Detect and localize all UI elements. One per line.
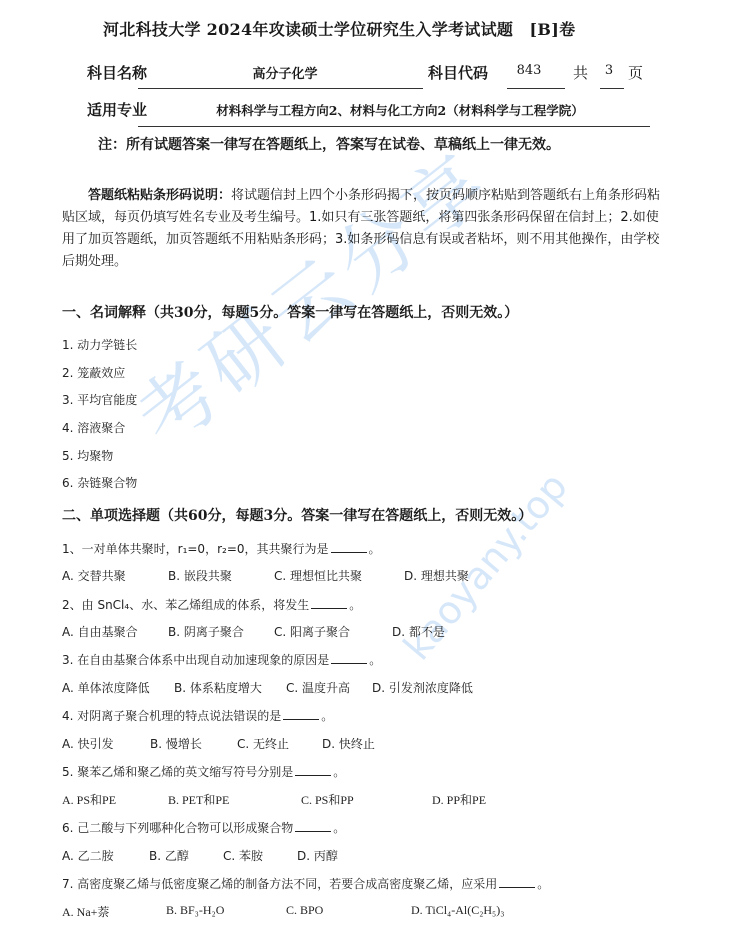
pages-prefix: 共 xyxy=(573,62,588,83)
option-c: C. PS和PP xyxy=(301,791,354,808)
option-d: D. 理想共聚 xyxy=(404,567,469,584)
exam-title: 河北科技大学 2024年攻读硕士学位研究生入学考试试题 [B]卷 xyxy=(103,17,575,40)
question-4: 4. 对阴离子聚合机理的特点说法错误的是。 xyxy=(62,707,333,724)
question-end: 。 xyxy=(369,653,381,667)
subject-code-label: 科目代码 xyxy=(428,62,488,83)
term-item: 4. 溶液聚合 xyxy=(62,419,125,436)
option-b: B. 阴离子聚合 xyxy=(168,623,244,640)
option-a: A. 单体浓度降低 xyxy=(62,679,150,696)
subject-code-underline xyxy=(507,88,565,89)
answer-blank xyxy=(295,765,331,776)
section2-title: 二、单项选择题（共60分，每题3分。答案一律写在答题纸上，否则无效。） xyxy=(62,505,532,525)
answer-blank xyxy=(331,653,367,664)
question-stem: 4. 对阴离子聚合机理的特点说法错误的是 xyxy=(62,709,281,723)
option-c: C. 阳离子聚合 xyxy=(274,623,350,640)
option-d: D. TiCl₄-Al(C₂H₅)₃ xyxy=(411,903,504,918)
option-d: D. PP和PE xyxy=(432,791,486,808)
watermark-cn: 考研云分享 xyxy=(110,121,510,468)
option-d: D. 都不是 xyxy=(392,623,445,640)
option-a: A. 乙二胺 xyxy=(62,847,114,864)
term-item: 6. 杂链聚合物 xyxy=(62,474,137,491)
option-a: A. 快引发 xyxy=(62,735,114,752)
section1-title: 一、名词解释（共30分，每题5分。答案一律写在答题纸上，否则无效。） xyxy=(62,302,518,322)
option-a: A. Na+萘 xyxy=(62,903,109,920)
question-2: 2、由 SnCl₄、水、苯乙烯组成的体系，将发生。 xyxy=(62,596,361,613)
subject-code: 843 xyxy=(507,63,551,78)
option-d: D. 丙醇 xyxy=(297,847,338,864)
option-d: D. 引发剂浓度降低 xyxy=(372,679,473,696)
question-stem: 6. 己二酸与下列哪种化合物可以形成聚合物 xyxy=(62,821,293,835)
question-end: 。 xyxy=(369,542,381,556)
question-3: 3. 在自由基聚合体系中出现自动加速现象的原因是。 xyxy=(62,651,381,668)
subject-name: 高分子化学 xyxy=(150,63,420,82)
option-b: B. 嵌段共聚 xyxy=(168,567,232,584)
term-item: 3. 平均官能度 xyxy=(62,391,137,408)
question-stem: 1、一对单体共聚时，r₁=0，r₂=0，其共聚行为是 xyxy=(62,542,329,556)
term-item: 2. 笼蔽效应 xyxy=(62,364,125,381)
option-c: C. 苯胺 xyxy=(223,847,263,864)
option-a: A. 交替共聚 xyxy=(62,567,126,584)
major-label: 适用专业 xyxy=(87,99,147,120)
page-count-underline xyxy=(600,88,624,89)
question-stem: 7. 高密度聚乙烯与低密度聚乙烯的制备方法不同，若要合成高密度聚乙烯，应采用 xyxy=(62,877,497,891)
option-b: B. PET和PE xyxy=(168,791,229,808)
question-1: 1、一对单体共聚时，r₁=0，r₂=0，其共聚行为是。 xyxy=(62,540,381,557)
barcode-instructions-heading: 答题纸粘贴条形码说明： xyxy=(88,188,231,203)
question-end: 。 xyxy=(349,598,361,612)
question-stem: 2、由 SnCl₄、水、苯乙烯组成的体系，将发生 xyxy=(62,598,309,612)
answer-blank xyxy=(283,709,319,720)
answer-note: 注：所有试题答案一律写在答题纸上，答案写在试卷、草稿纸上一律无效。 xyxy=(98,134,560,154)
option-a: A. 自由基聚合 xyxy=(62,623,138,640)
question-7: 7. 高密度聚乙烯与低密度聚乙烯的制备方法不同，若要合成高密度聚乙烯，应采用。 xyxy=(62,875,549,892)
option-d: D. 快终止 xyxy=(322,735,375,752)
major: 材料科学与工程方向2、材料与化工方向2（材料科学与工程学院） xyxy=(150,101,650,119)
question-end: 。 xyxy=(333,765,345,779)
option-b: B. 体系粘度增大 xyxy=(174,679,262,696)
answer-blank xyxy=(295,821,331,832)
question-end: 。 xyxy=(321,709,333,723)
option-b: B. 乙醇 xyxy=(149,847,189,864)
question-5: 5. 聚苯乙烯和聚乙烯的英文缩写符号分别是。 xyxy=(62,763,345,780)
subject-name-label: 科目名称 xyxy=(87,62,147,83)
answer-blank xyxy=(311,598,347,609)
option-b: B. BF₃-H₂O xyxy=(166,903,224,918)
pages-suffix: 页 xyxy=(628,62,643,83)
question-stem: 5. 聚苯乙烯和聚乙烯的英文缩写符号分别是 xyxy=(62,765,293,779)
major-underline xyxy=(138,126,650,127)
page-count: 3 xyxy=(598,63,620,78)
question-end: 。 xyxy=(333,821,345,835)
question-stem: 3. 在自由基聚合体系中出现自动加速现象的原因是 xyxy=(62,653,329,667)
option-a: A. PS和PE xyxy=(62,791,116,808)
option-b: B. 慢增长 xyxy=(150,735,202,752)
barcode-instructions: 答题纸粘贴条形码说明：将试题信封上四个小条形码揭下，按页码顺序粘贴到答题纸右上角… xyxy=(62,185,662,273)
option-c: C. BPO xyxy=(286,903,323,918)
answer-blank xyxy=(331,542,367,553)
option-c: C. 温度升高 xyxy=(286,679,350,696)
term-item: 1. 动力学链长 xyxy=(62,336,137,353)
question-6: 6. 己二酸与下列哪种化合物可以形成聚合物。 xyxy=(62,819,345,836)
answer-blank xyxy=(499,877,535,888)
term-item: 5. 均聚物 xyxy=(62,447,113,464)
subject-name-underline xyxy=(138,88,423,89)
option-c: C. 无终止 xyxy=(237,735,289,752)
question-end: 。 xyxy=(537,877,549,891)
option-c: C. 理想恒比共聚 xyxy=(274,567,362,584)
